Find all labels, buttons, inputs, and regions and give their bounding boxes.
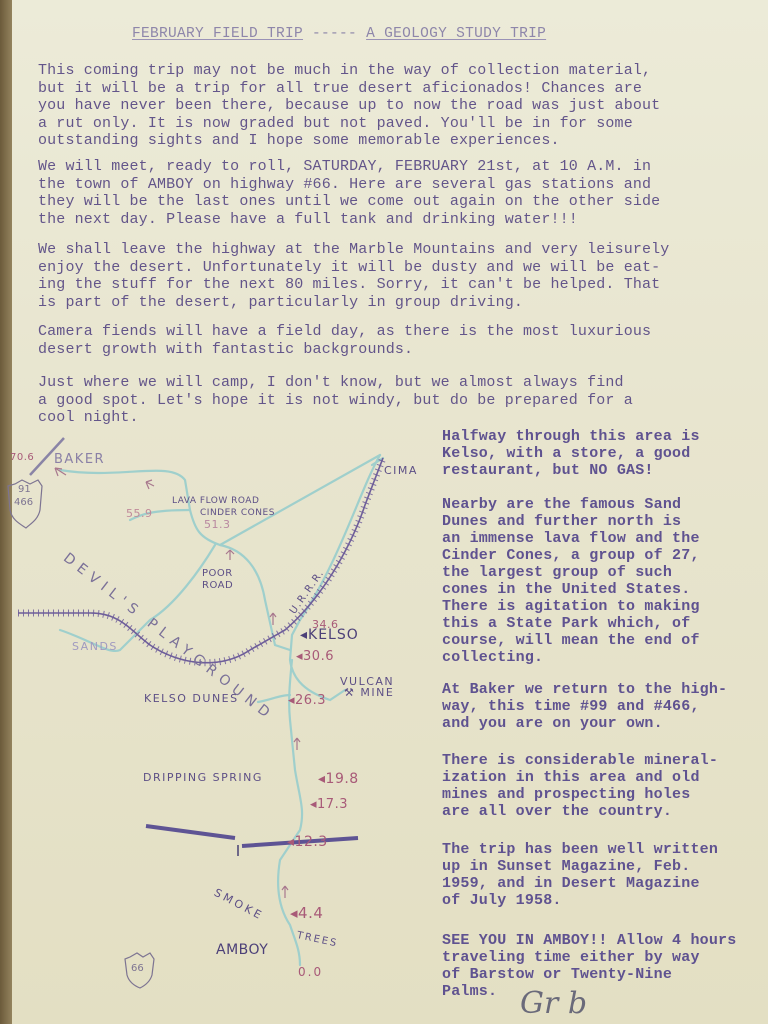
column-line: At Baker we return to the high-	[442, 681, 768, 698]
column-line: the largest group of such	[442, 564, 768, 581]
paragraph-line: you have never been there, because up to…	[38, 97, 738, 115]
paragraph-line: We shall leave the highway at the Marble…	[38, 241, 738, 259]
label-kelso: ◂KELSO	[300, 627, 359, 643]
label-poor-road-2: ROAD	[202, 580, 233, 591]
column-paragraph-4: There is considerable mineral-ization in…	[442, 752, 768, 820]
milepost-55-9: 55.9	[126, 507, 153, 520]
column-line: of Barstow or Twenty-Nine	[442, 966, 768, 983]
column-line: are all over the country.	[442, 803, 768, 820]
column-line: The trip has been well written	[442, 841, 768, 858]
paragraph-3: We shall leave the highway at the Marble…	[38, 241, 738, 311]
column-line: Dunes and further north is	[442, 513, 768, 530]
paragraph-line: is part of the desert, particularly in g…	[38, 294, 738, 312]
paragraph-line: they will be the last ones until we come…	[38, 193, 738, 211]
paragraph-line: enjoy the desert. Unfortunately it will …	[38, 259, 738, 277]
column-line: 1959, and in Desert Magazine	[442, 875, 768, 892]
label-cima: CIMA	[384, 464, 418, 477]
paragraph-1: This coming trip may not be much in the …	[38, 62, 738, 150]
column-line: and you are on your own.	[442, 715, 768, 732]
label-cinder-cones: CINDER CONES	[200, 508, 275, 518]
paragraph-line: but it will be a trip for all true deser…	[38, 80, 738, 98]
column-line: of July 1958.	[442, 892, 768, 909]
milepost-17-3-text: 17.3	[317, 797, 348, 812]
shield-91-label: 91	[18, 484, 31, 495]
paragraph-line: This coming trip may not be much in the …	[38, 62, 738, 80]
column-line: mines and prospecting holes	[442, 786, 768, 803]
column-line: Nearby are the famous Sand	[442, 496, 768, 513]
page-title: FEBRUARY FIELD TRIP ----- A GEOLOGY STUD…	[132, 26, 612, 42]
paragraph-line: a rut only. It is now graded but not pav…	[38, 115, 738, 133]
milepost-12-3-text: 12.3	[295, 834, 328, 850]
direction-arrows	[55, 468, 300, 898]
label-dripping-spring: DRIPPING SPRING	[143, 771, 263, 784]
milepost-30-6: ◂30.6	[296, 649, 334, 664]
column-line: an immense lava flow and the	[442, 530, 768, 547]
label-poor-road-1: POOR	[202, 568, 233, 579]
signature: Gr b	[520, 986, 587, 1021]
label-lava-flow-road: LAVA FLOW ROAD	[172, 496, 259, 506]
paragraph-line: Just where we will camp, I don't know, b…	[38, 374, 738, 392]
shield-466-label: 466	[14, 497, 33, 508]
column-line: Halfway through this area is	[442, 428, 768, 445]
paragraph-line: outstanding sights and I hope some memor…	[38, 132, 738, 150]
milepost-12-3: ◂12.3	[287, 834, 328, 850]
column-line: this a State Park which, of	[442, 615, 768, 632]
label-vulcan-mine: ⚒ MINE	[344, 686, 394, 699]
paragraph-line: the next day. Please have a full tank an…	[38, 211, 738, 229]
column-line: SEE YOU IN AMBOY!! Allow 4 hours	[442, 932, 768, 949]
milepost-19-8: ◂19.8	[318, 771, 359, 787]
title-left: FEBRUARY FIELD TRIP	[132, 26, 303, 42]
column-line: cones in the United States.	[442, 581, 768, 598]
column-line: There is considerable mineral-	[442, 752, 768, 769]
milepost-70-6: 70.6	[10, 452, 34, 463]
paragraph-line: ing the stuff for the next 80 miles. Sor…	[38, 276, 738, 294]
column-line: There is agitation to making	[442, 598, 768, 615]
milepost-26-3: ◂26.3	[288, 693, 326, 708]
kelso-text: KELSO	[308, 627, 359, 643]
paragraph-line: the town of AMBOY on highway #66. Here a…	[38, 176, 738, 194]
milepost-4-4-text: 4.4	[298, 904, 323, 922]
column-line: way, this time #99 and #466,	[442, 698, 768, 715]
title-separator: -----	[312, 26, 357, 42]
column-line: up in Sunset Magazine, Feb.	[442, 858, 768, 875]
milepost-0: 0.0	[298, 965, 323, 979]
paragraph-4: Camera fiends will have a field day, as …	[38, 323, 738, 358]
mine-text: MINE	[360, 686, 394, 699]
label-kelso-dunes: KELSO DUNES	[144, 692, 239, 705]
column-line: ization in this area and old	[442, 769, 768, 786]
column-paragraph-1: Halfway through this area isKelso, with …	[442, 428, 768, 479]
column-paragraph-6: SEE YOU IN AMBOY!! Allow 4 hourstravelin…	[442, 932, 768, 1000]
label-baker: BAKER	[54, 452, 105, 467]
route-map: BAKER 70.6 91 466 CIMA LAVA FLOW ROAD CI…	[0, 420, 440, 1024]
paragraph-line: a good spot. Let's hope it is not windy,…	[38, 392, 738, 410]
milepost-26-3-text: 26.3	[295, 693, 326, 708]
column-line: traveling time either by way	[442, 949, 768, 966]
paragraph-line: desert growth with fantastic backgrounds…	[38, 341, 738, 359]
column-paragraph-5: The trip has been well writtenup in Suns…	[442, 841, 768, 909]
paragraph-5: Just where we will camp, I don't know, b…	[38, 374, 738, 427]
column-line: Palms.	[442, 983, 768, 1000]
label-amboy: AMBOY	[216, 942, 268, 958]
milepost-4-4: ◂4.4	[290, 904, 323, 922]
paragraph-2: We will meet, ready to roll, SATURDAY, F…	[38, 158, 738, 228]
milepost-17-3: ◂17.3	[310, 797, 348, 812]
column-paragraph-3: At Baker we return to the high-way, this…	[442, 681, 768, 732]
milepost-51-3: 51.3	[204, 518, 231, 531]
milepost-30-6-text: 30.6	[303, 649, 334, 664]
column-line: course, will mean the end of	[442, 632, 768, 649]
label-sands: SANDS	[72, 640, 118, 653]
column-line: collecting.	[442, 649, 768, 666]
paragraph-line: We will meet, ready to roll, SATURDAY, F…	[38, 158, 738, 176]
milepost-19-8-text: 19.8	[326, 771, 359, 787]
column-line: Cinder Cones, a group of 27,	[442, 547, 768, 564]
column-line: Kelso, with a store, a good	[442, 445, 768, 462]
column-line: restaurant, but NO GAS!	[442, 462, 768, 479]
column-paragraph-2: Nearby are the famous SandDunes and furt…	[442, 496, 768, 666]
paragraph-line: Camera fiends will have a field day, as …	[38, 323, 738, 341]
title-right: A GEOLOGY STUDY TRIP	[366, 26, 546, 42]
shield-66-label: 66	[131, 963, 144, 974]
